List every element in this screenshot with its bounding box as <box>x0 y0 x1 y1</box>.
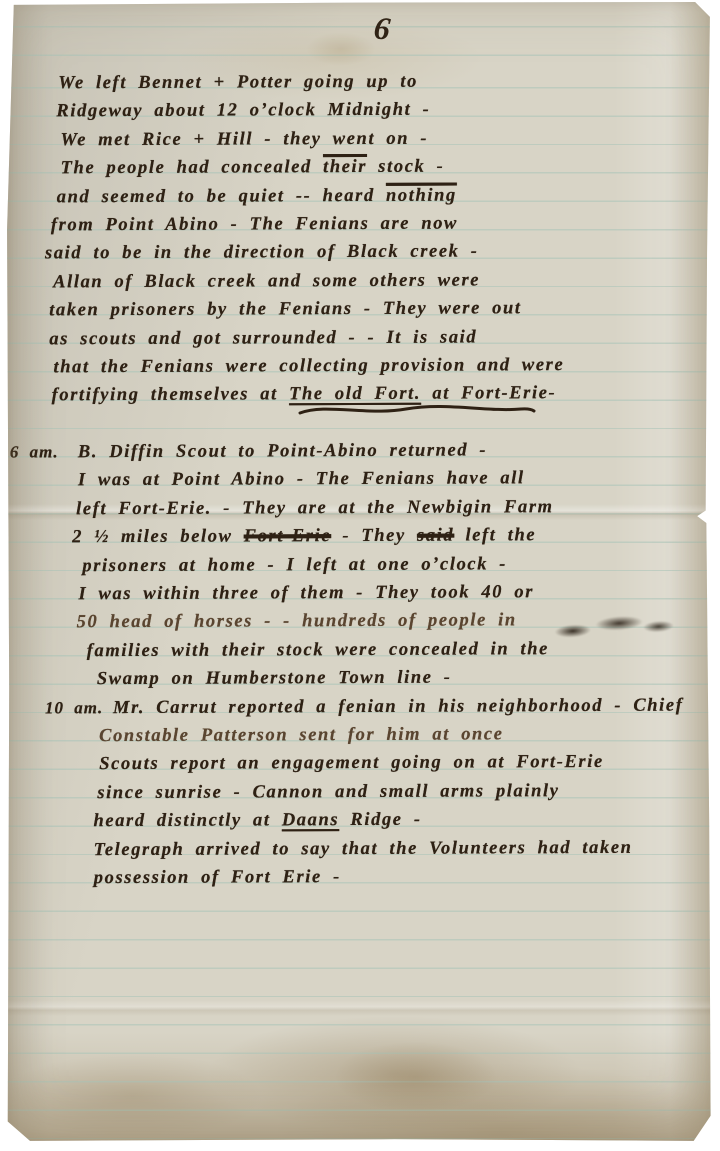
text-segment: taken prisoners by the Fenians - They we… <box>49 298 521 320</box>
text-segment: possession of Fort Erie - <box>94 867 341 888</box>
manuscript-line: that the Fenians were collecting provisi… <box>5 350 707 381</box>
paper-stain <box>336 1042 496 1112</box>
manuscript-lines: We left Bennet + Potter going up toRidge… <box>4 66 710 892</box>
scanned-document-page: 6 We left Bennet + Potter going up toRid… <box>0 0 720 1151</box>
time-label: 6 am. <box>10 438 59 467</box>
text-segment: heard distinctly at <box>93 810 281 831</box>
text-segment: 50 head of horses - - hundreds of people… <box>77 611 517 633</box>
text-segment: The old Fort. <box>289 384 421 405</box>
text-segment: Telegraph arrived to say that the Volunt… <box>94 837 633 859</box>
manuscript-line: We met Rice + Hill - they went on - <box>4 123 706 154</box>
time-label: 10 am. <box>45 694 103 723</box>
text-segment: Ridge - <box>339 810 421 830</box>
text-segment: We left Bennet + Potter going up to <box>58 72 418 94</box>
text-segment: Constable Patterson sent for him at once <box>99 724 504 746</box>
manuscript-line: 2 ½ miles below Fort-Erie - They said le… <box>6 521 708 552</box>
text-segment: their <box>323 157 367 177</box>
text-segment: as scouts and got surrounded - - It is s… <box>49 327 477 349</box>
paper-crease <box>6 1000 712 1016</box>
manuscript-line <box>6 407 708 438</box>
text-segment: - They <box>331 526 417 546</box>
text-segment: families with their stock were concealed… <box>87 639 549 661</box>
text-segment: since sunrise - Cannon and small arms pl… <box>97 781 559 803</box>
text-segment: Swamp on Humberstone Town line - <box>97 668 452 690</box>
text-segment: 2 ½ miles below <box>72 527 244 548</box>
text-segment: We met Rice + Hill - they went on - <box>60 128 428 150</box>
manuscript-line: heard distinctly at Daans Ridge - <box>7 805 709 836</box>
manuscript-line: Telegraph arrived to say that the Volunt… <box>8 833 710 864</box>
text-segment: B. Diffin Scout to Point-Abino returned … <box>78 441 487 463</box>
text-segment: said to be in the direction of Black cre… <box>45 242 479 264</box>
manuscript-line: possession of Fort Erie - <box>8 861 710 892</box>
text-segment: The people had concealed <box>61 157 324 178</box>
manuscript-line: since sunrise - Cannon and small arms pl… <box>7 776 709 807</box>
page-number: 6 <box>350 7 414 50</box>
text-segment: fortifying themselves at <box>52 385 290 406</box>
text-segment: from Point Abino - The Fenians are now <box>51 214 458 236</box>
manuscript-line: Swamp on Humberstone Town line - <box>7 663 709 694</box>
manuscript-line: families with their stock were concealed… <box>7 634 709 665</box>
manuscript-paper: 6 We left Bennet + Potter going up toRid… <box>6 2 712 1142</box>
manuscript-line: as scouts and got surrounded - - It is s… <box>5 322 707 353</box>
text-segment: prisoners at home - I left at one o’cloc… <box>82 554 507 576</box>
text-segment: Mr. Carrut reported a fenian in his neig… <box>113 695 684 717</box>
manuscript-line: 50 head of horses - - hundreds of people… <box>7 606 709 637</box>
manuscript-line: I was within three of them - They took 4… <box>6 577 708 608</box>
text-segment: and seemed to be quiet -- heard <box>57 185 386 206</box>
manuscript-line: prisoners at home - I left at one o’cloc… <box>6 549 708 580</box>
manuscript-line: from Point Abino - The Fenians are now <box>5 208 707 239</box>
text-segment: Allan of Black creek and some others wer… <box>53 270 480 292</box>
manuscript-line: Allan of Black creek and some others wer… <box>5 265 707 296</box>
manuscript-line: left Fort-Erie. - They are at the Newbig… <box>6 492 708 523</box>
text-segment: nothing <box>386 185 457 205</box>
text-segment: that the Fenians were collecting provisi… <box>53 355 564 377</box>
text-segment: I was within three of them - They took 4… <box>78 582 534 604</box>
text-segment: Ridgeway about 12 o’clock Midnight - <box>56 100 430 122</box>
text-segment: I was at Point Abino - The Fenians have … <box>78 469 525 491</box>
manuscript-line: Scouts report an engagement going on at … <box>7 748 709 779</box>
text-segment: Daans <box>282 810 339 830</box>
manuscript-line: 6 am.B. Diffin Scout to Point-Abino retu… <box>6 436 708 467</box>
text-segment: left the <box>454 525 536 545</box>
text-segment: Fort-Erie <box>244 526 331 546</box>
manuscript-line: and seemed to be quiet -- heard nothing <box>5 180 707 211</box>
text-segment: left Fort-Erie. - They are at the Newbig… <box>76 497 554 519</box>
manuscript-line: We left Bennet + Potter going up to <box>4 66 706 97</box>
manuscript-line: said to be in the direction of Black cre… <box>5 237 707 268</box>
text-segment: Scouts report an engagement going on at … <box>99 752 604 774</box>
manuscript-line: The people had concealed their stock - <box>5 152 707 183</box>
text-segment: said <box>417 526 454 546</box>
manuscript-line: Ridgeway about 12 o’clock Midnight - <box>4 95 706 126</box>
manuscript-line: Constable Patterson sent for him at once <box>7 719 709 750</box>
text-segment: stock - <box>367 157 444 177</box>
manuscript-line: 10 am.Mr. Carrut reported a fenian in hi… <box>7 691 709 722</box>
manuscript-line: taken prisoners by the Fenians - They we… <box>5 294 707 325</box>
manuscript-line: I was at Point Abino - The Fenians have … <box>6 464 708 495</box>
text-segment: at Fort-Erie- <box>421 383 556 404</box>
manuscript-line: fortifying themselves at The old Fort. a… <box>6 379 708 410</box>
